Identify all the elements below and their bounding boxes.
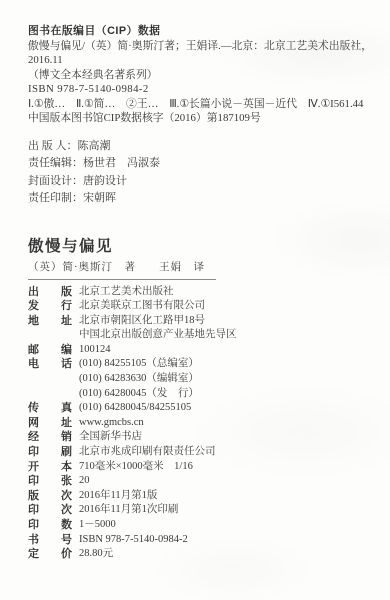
row-value: 北京市朝阳区化工路甲18号 (79, 314, 237, 329)
print-supervisor-row: 责任印制：宋朝晖 (28, 190, 376, 208)
row-value: (010) 64280045/84255105 (79, 401, 191, 416)
row-label: 经 销 (28, 430, 72, 445)
row-value: 2016年11月第1次印刷 (79, 503, 178, 518)
row-value: www.gmcbs.cn (79, 416, 144, 431)
row-value: (010) 64280045（发 行） (79, 387, 199, 402)
row-value: (010) 64283630（编辑室） (79, 372, 199, 387)
staff-label: 封面设计： (28, 175, 83, 187)
cip-registry-number: 中国版本图书馆CIP数据核字（2016）第187109号 (28, 111, 376, 126)
row-label: 网 址 (28, 416, 72, 431)
row-label: 发 行 (28, 299, 72, 314)
publication-info-table: 出 版 北京工艺美术出版社 发 行 北京美联京工图书有限公司 地 址 北京市朝阳… (28, 285, 376, 562)
row-value: 中国北京出版创意产业基地先导区 (79, 328, 237, 343)
row-value: 20 (79, 474, 90, 489)
row-label: 邮 编 (28, 343, 72, 358)
row-value: ISBN 978-7-5140-0984-2 (79, 533, 188, 548)
row-value: 1－5000 (79, 518, 116, 533)
table-row-address: 地 址 北京市朝阳区化工路甲18号 中国北京出版创意产业基地先导区 (28, 314, 376, 343)
staff-value: 唐韵设计 (83, 175, 127, 187)
cip-description-line-1: 傲慢与偏见/（英）简·奥斯汀著；王娟译.—北京：北京工艺美术出版社， (28, 39, 376, 54)
table-row-distributor: 发 行 北京美联京工图书有限公司 (28, 299, 376, 314)
cover-design-row: 封面设计：唐韵设计 (28, 173, 376, 191)
table-row-print-run: 印 数 1－5000 (28, 518, 376, 533)
title-block: 傲慢与偏见 （英）简·奥斯汀 著 王娟 译 (28, 234, 376, 280)
row-label: 地 址 (28, 314, 72, 329)
row-label: 出 版 (28, 285, 72, 300)
table-row-retailer: 经 销 全国新华书店 (28, 430, 376, 445)
staff-label: 责任编辑： (28, 157, 83, 169)
row-label: 印 刷 (28, 445, 72, 460)
row-value: 710毫米×1000毫米 1/16 (79, 460, 193, 475)
cip-data-block: 图书在版编目（CIP）数据 傲慢与偏见/（英）简·奥斯汀著；王娟译.—北京：北京… (28, 24, 376, 126)
table-row-website: 网 址 www.gmcbs.cn (28, 416, 376, 431)
table-row-publisher: 出 版 北京工艺美术出版社 (28, 285, 376, 300)
table-row-edition: 版 次 2016年11月第1版 (28, 489, 376, 504)
book-title: 傲慢与偏见 (28, 234, 376, 256)
staff-value: 宋朝晖 (83, 192, 116, 204)
row-label: 定 价 (28, 547, 72, 562)
cip-isbn: ISBN 978-7-5140-0984-2 (28, 82, 376, 97)
row-label: 印 张 (28, 474, 72, 489)
row-label: 印 次 (28, 503, 72, 518)
row-label: 印 数 (28, 518, 72, 533)
table-row-telephone: 电 话 (010) 84255105（总编室） (010) 64283630（编… (28, 357, 376, 401)
cip-series-note: （博文全本经典名著系列） (28, 68, 376, 83)
table-row-printer: 印 刷 北京市兆成印刷有限责任公司 (28, 445, 376, 460)
row-value: 北京工艺美术出版社 (79, 285, 174, 300)
staff-value: 陈高潮 (78, 140, 111, 152)
cip-header: 图书在版编目（CIP）数据 (28, 24, 376, 39)
row-label: 传 真 (28, 401, 72, 416)
divider-rule (28, 279, 216, 280)
table-row-sheets: 印 张 20 (28, 474, 376, 489)
row-value: 2016年11月第1版 (79, 489, 157, 504)
row-value: 北京美联京工图书有限公司 (79, 299, 205, 314)
row-value: (010) 84255105（总编室） (79, 357, 199, 372)
editor-row: 责任编辑：杨世君 冯淑泰 (28, 155, 376, 173)
staff-label: 出 版 人： (28, 140, 78, 152)
publisher-person-row: 出 版 人：陈高潮 (28, 138, 376, 156)
staff-label: 责任印制： (28, 192, 83, 204)
author-translator-byline: （英）简·奥斯汀 著 王娟 译 (28, 259, 376, 274)
row-label: 开 本 (28, 460, 72, 475)
table-row-isbn: 书 号 ISBN 978-7-5140-0984-2 (28, 533, 376, 548)
row-value: 全国新华书店 (79, 430, 142, 445)
table-row-fax: 传 真 (010) 64280045/84255105 (28, 401, 376, 416)
cip-classification: Ⅰ.①傲… Ⅱ.①简… ②王… Ⅲ.①长篇小说－英国－近代 Ⅳ.①I561.44 (28, 97, 376, 112)
book-copyright-page: 图书在版编目（CIP）数据 傲慢与偏见/（英）简·奥斯汀著；王娟译.—北京：北京… (0, 0, 390, 600)
table-row-postcode: 邮 编 100124 (28, 343, 376, 358)
row-value: 100124 (79, 343, 111, 358)
cip-description-line-2: 2016.11 (28, 53, 376, 68)
staff-value: 杨世君 冯淑泰 (83, 157, 160, 169)
row-value: 北京市兆成印刷有限责任公司 (79, 445, 216, 460)
row-label: 版 次 (28, 489, 72, 504)
table-row-format: 开 本 710毫米×1000毫米 1/16 (28, 460, 376, 475)
table-row-impression: 印 次 2016年11月第1次印刷 (28, 503, 376, 518)
table-row-price: 定 价 28.80元 (28, 547, 376, 562)
row-label: 书 号 (28, 533, 72, 548)
staff-credits: 出 版 人：陈高潮 责任编辑：杨世君 冯淑泰 封面设计：唐韵设计 责任印制：宋朝… (28, 138, 376, 208)
row-value: 28.80元 (79, 547, 113, 562)
row-label: 电 话 (28, 357, 72, 372)
